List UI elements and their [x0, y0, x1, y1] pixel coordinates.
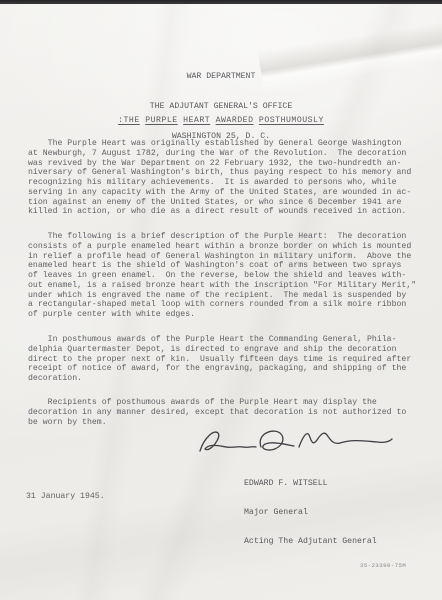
printer-code: 35-23390-75M [360, 562, 406, 569]
paragraph-posthumous-awards: In posthumous awards of the Purple Heart… [28, 335, 411, 384]
paragraph-history: The Purple Heart was originally establis… [28, 139, 411, 217]
signer-name: EDWARD F. WITSELL [244, 479, 377, 489]
signature-handwriting [195, 418, 395, 464]
letterhead-department: WAR DEPARTMENT [0, 72, 442, 82]
signer-rank: Major General [244, 508, 377, 518]
letterhead-office: THE ADJUTANT GENERAL'S OFFICE [0, 102, 442, 112]
date-line: 31 January 1945. [26, 492, 105, 501]
signer-title: Acting The Adjutant General [244, 537, 377, 547]
signature-block: EDWARD F. WITSELL Major General Acting T… [244, 459, 377, 567]
letter-paper: WAR DEPARTMENT THE ADJUTANT GENERAL'S OF… [0, 0, 442, 600]
scan-edge [0, 0, 442, 4]
scanned-letter: WAR DEPARTMENT THE ADJUTANT GENERAL'S OF… [0, 0, 442, 600]
paragraph-description: The following is a brief description of … [28, 232, 416, 320]
subject-line: :THE PURPLE HEART AWARDED POSTHUMOUSLY [0, 116, 442, 125]
